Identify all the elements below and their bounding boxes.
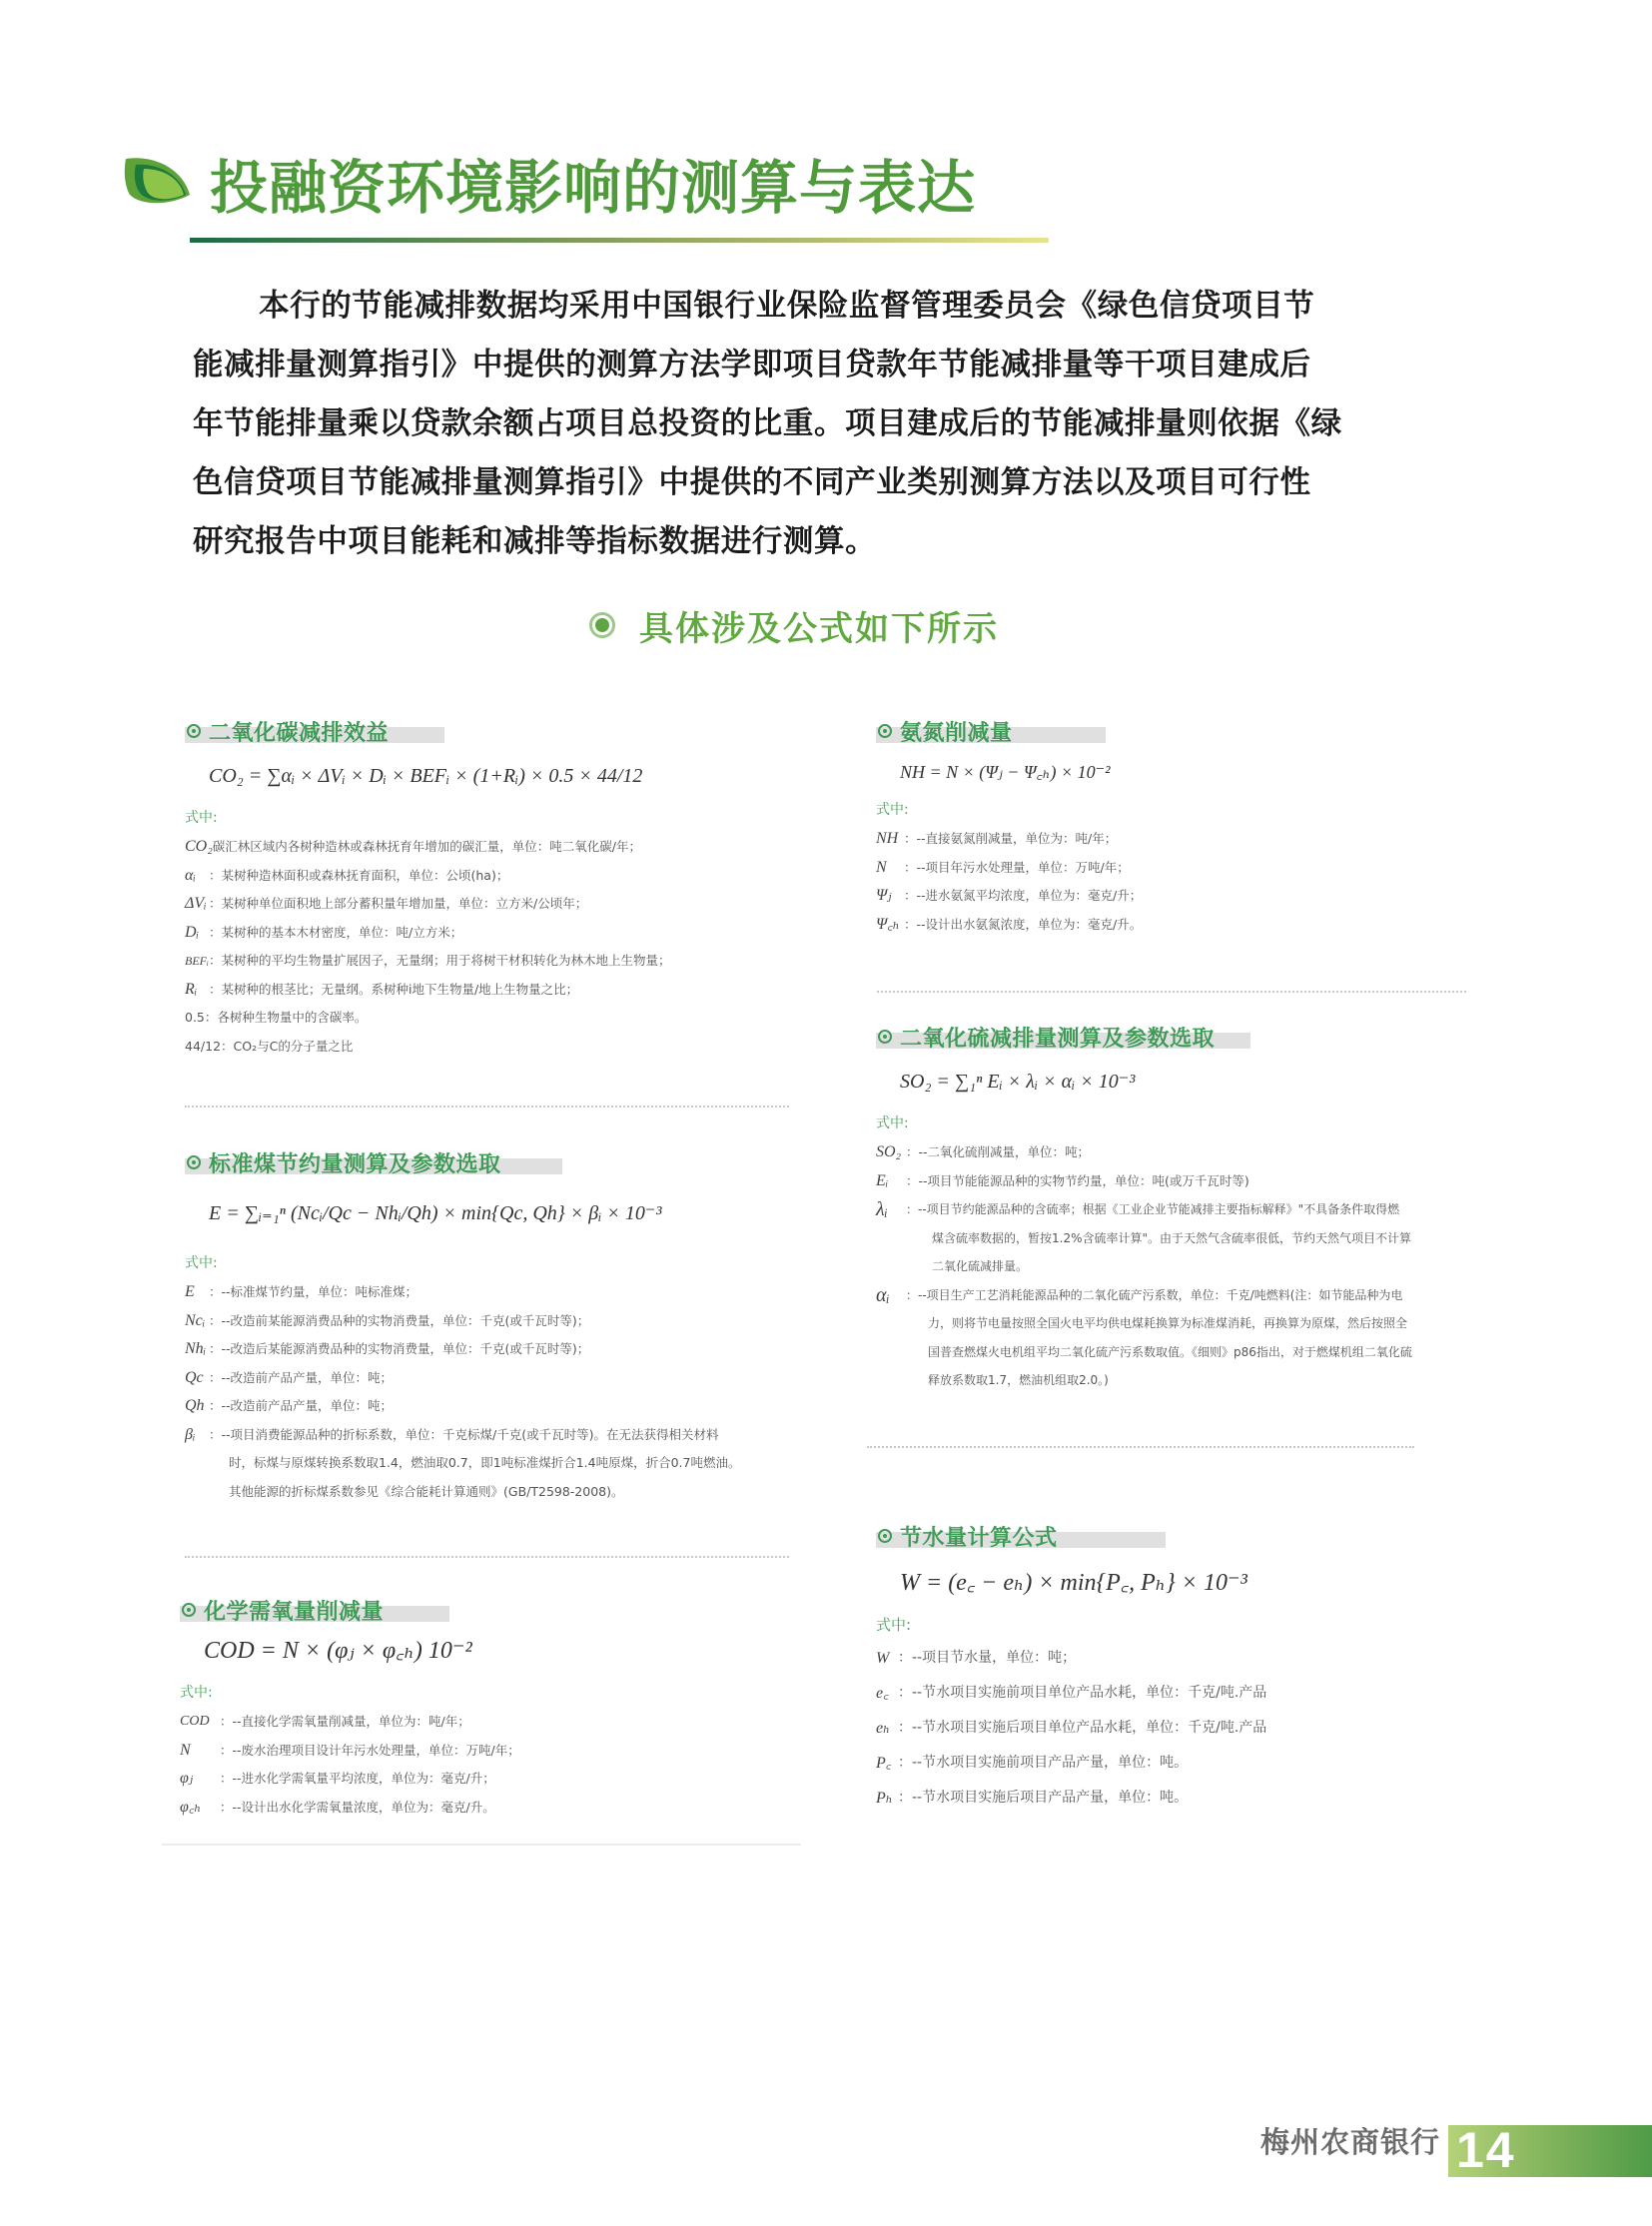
where-label: 式中: <box>180 1682 819 1702</box>
definition-row: Qc：--改造前产品产量，单位：吨； <box>185 1364 824 1393</box>
definition-row: P꜀：--节水项目实施前项目产品产量，单位：吨。 <box>876 1746 1475 1781</box>
intro-paragraph: 本行的节能减排数据均采用中国银行业保险监督管理委员会《绿色信贷项目节 能减排量测… <box>193 277 1461 571</box>
definition-row: SO₂：--二氧化硫削减量，单位：吨； <box>876 1138 1475 1167</box>
standard-coal-block: 标准煤节约量测算及参数选取 E = ∑ᵢ₌₁ⁿ (Ncᵢ/Qc − Nhᵢ/Qh… <box>185 1146 824 1506</box>
definition-row: Pₕ：--节水项目实施后项目产品产量，单位：吨。 <box>876 1781 1475 1816</box>
definition-row: φ꜀ₕ：--设计出水化学需氧量浓度，单位为：毫克/升。 <box>180 1794 819 1823</box>
leaf-icon <box>122 155 192 207</box>
footer-bank-name: 梅州农商银行 <box>1260 2121 1440 2163</box>
ammonia-nitrogen-block: 氨氮削减量 NH = N × (Ψⱼ − Ψ꜀ₕ) × 10⁻² 式中: NH：… <box>876 715 1475 939</box>
definition-row: BEFᵢ：某树种的平均生物量扩展因子，无量纲；用于将树干材积转化为林木地上生物量… <box>185 947 784 976</box>
definition-row: eₕ：--节水项目实施后项目单位产品水耗，单位：千克/吨.产品 <box>876 1711 1475 1746</box>
definition-row: Nhᵢ：--改造后某能源消费品种的实物消费量，单位：千克(或千瓦时等)； <box>185 1335 824 1364</box>
intro-line: 本行的节能减排数据均采用中国银行业保险监督管理委员会《绿色信贷项目节 <box>259 289 1314 324</box>
definition-row: CO₂碳汇林区域内各树种造林或森林抚育年增加的碳汇量，单位：吨二氧化碳/年； <box>185 833 784 862</box>
definition-row: COD：--直接化学需氧量削减量，单位为：吨/年； <box>180 1708 819 1737</box>
definition-row: N：--项目年污水处理量，单位：万吨/年； <box>876 854 1475 883</box>
definition-row: W：--项目节水量，单位：吨； <box>876 1641 1475 1676</box>
water-saving-block: 节水量计算公式 W = (e꜀ − eₕ) × min{P꜀, Pₕ} × 10… <box>876 1520 1475 1816</box>
coal-formula: E = ∑ᵢ₌₁ⁿ (Ncᵢ/Qc − Nhᵢ/Qh) × min{Qc, Qh… <box>209 1196 824 1230</box>
bullet-circle-icon <box>589 612 615 638</box>
definition-continuation: 煤含硫率数据的，暂按1.2%含硫率计算"。由于天然气含硫率很低，节约天然气项目不… <box>876 1224 1475 1253</box>
water-formula: W = (e꜀ − eₕ) × min{P꜀, Pₕ} × 10⁻³ <box>900 1566 1475 1600</box>
section-heading: 氨氮削减量 <box>876 715 1475 747</box>
bullet-target-icon <box>878 724 892 738</box>
bullet-target-icon <box>187 724 201 738</box>
page-title: 投融资环境影响的测算与表达 <box>210 150 976 226</box>
where-label: 式中: <box>876 1614 1475 1635</box>
section-heading: 标准煤节约量测算及参数选取 <box>185 1146 824 1178</box>
definition-row: ΔVᵢ：某树种单位面积地上部分蓄积量年增加量，单位：立方米/公顷年； <box>185 890 784 919</box>
definition-row: Ψ꜀ₕ：--设计出水氨氮浓度，单位为：毫克/升。 <box>876 911 1475 940</box>
bullet-target-icon <box>878 1529 892 1543</box>
definition-row: Qh：--改造前产品产量，单位：吨； <box>185 1392 824 1421</box>
definition-row: Ncᵢ：--改造前某能源消费品种的实物消费量，单位：千克(或千瓦时等)； <box>185 1307 824 1336</box>
dotted-divider <box>185 1556 789 1558</box>
bullet-target-icon <box>182 1603 196 1617</box>
so2-formula: SO₂ = ∑₁ⁿ Eᵢ × λᵢ × αᵢ × 10⁻³ <box>900 1065 1475 1099</box>
section-heading: 二氧化碳减排效益 <box>185 715 784 747</box>
co2-block: 二氧化碳减排效益 CO₂ = ∑αᵢ × ΔVᵢ × Dᵢ × BEFᵢ × (… <box>185 715 784 1061</box>
where-label: 式中: <box>876 1113 1475 1132</box>
title-underline <box>190 238 1049 243</box>
section-heading: 节水量计算公式 <box>876 1520 1475 1552</box>
definition-row: 44/12：CO₂与C的分子量之比 <box>185 1033 784 1062</box>
bullet-target-icon <box>878 1030 892 1044</box>
page-number: 14 <box>1456 2119 1516 2181</box>
formula-subheading: 具体涉及公式如下所示 <box>589 597 999 653</box>
dotted-divider <box>867 1446 1414 1448</box>
definition-row: E：--标准煤节约量，单位：吨标准煤； <box>185 1278 824 1307</box>
definition-row: Dᵢ：某树种的基本木材密度，单位：吨/立方米； <box>185 919 784 948</box>
cod-block: 化学需氧量削减量 COD = N × (φⱼ × φ꜀ₕ) 10⁻² 式中: C… <box>180 1594 819 1822</box>
intro-line: 年节能排量乘以贷款余额占项目总投资的比重。项目建成后的节能减排量则依据《绿 <box>193 394 1461 453</box>
definition-row: NH：--直接氨氮削减量，单位为：吨/年； <box>876 825 1475 854</box>
definition-row: βᵢ：--项目消费能源品种的折标系数，单位：千克标煤/千克(或千瓦时等)。在无法… <box>185 1421 824 1450</box>
definition-row: αᵢ：--项目生产工艺消耗能源品种的二氧化硫产污系数，单位：千克/吨燃料(注：如… <box>876 1281 1475 1310</box>
definition-row: Eᵢ：--项目节能能源品种的实物节约量，单位：吨(或万千瓦时等) <box>876 1167 1475 1196</box>
definition-continuation: 其他能源的折标煤系数参见《综合能耗计算通则》(GB/T2598-2008)。 <box>185 1478 824 1507</box>
definition-row: λᵢ：--项目节约能源品种的含硫率；根据《工业企业节能减排主要指标解释》"不具备… <box>876 1195 1475 1224</box>
sulfur-dioxide-block: 二氧化硫减排量测算及参数选取 SO₂ = ∑₁ⁿ Eᵢ × λᵢ × αᵢ × … <box>876 1021 1475 1395</box>
dotted-divider <box>877 991 1466 993</box>
definition-continuation: 时，标煤与原煤转换系数取1.4，燃油取0.7，即1吨标准煤折合1.4吨原煤，折合… <box>185 1449 824 1478</box>
co2-formula: CO₂ = ∑αᵢ × ΔVᵢ × Dᵢ × BEFᵢ × (1+Rᵢ) × 0… <box>209 759 784 793</box>
definition-row: 0.5：各树种生物量中的含碳率。 <box>185 1004 784 1033</box>
section-heading: 化学需氧量削减量 <box>180 1594 819 1626</box>
intro-line: 色信贷项目节能减排量测算指引》中提供的不同产业类别测算方法以及项目可行性 <box>193 453 1461 512</box>
definition-row: φⱼ：--进水化学需氧量平均浓度，单位为：毫克/升； <box>180 1765 819 1794</box>
definition-continuation: 力，则将节电量按照全国火电平均供电煤耗换算为标准煤消耗，再换算为原煤，然后按照全 <box>876 1309 1475 1338</box>
where-label: 式中: <box>185 1252 824 1272</box>
bottom-divider <box>162 1844 801 1846</box>
definition-row: αᵢ：某树种造林面积或森林抚育面积，单位：公顷(ha)； <box>185 862 784 891</box>
definition-row: e꜀：--节水项目实施前项目单位产品水耗，单位：千克/吨.产品 <box>876 1676 1475 1711</box>
definition-continuation: 二氧化硫减排量。 <box>876 1252 1475 1281</box>
definition-continuation: 释放系数取1.7，燃油机组取2.0。) <box>876 1366 1475 1395</box>
cod-formula: COD = N × (φⱼ × φ꜀ₕ) 10⁻² <box>204 1634 819 1668</box>
definition-row: Rᵢ：某树种的根茎比；无量纲。系树种i地下生物量/地上生物量之比； <box>185 976 784 1005</box>
bullet-target-icon <box>187 1155 201 1169</box>
nh-formula: NH = N × (Ψⱼ − Ψ꜀ₕ) × 10⁻² <box>900 755 1475 789</box>
intro-line: 能减排量测算指引》中提供的测算方法学即项目贷款年节能减排量等干项目建成后 <box>193 336 1461 394</box>
intro-line: 研究报告中项目能耗和减排等指标数据进行测算。 <box>193 512 1461 571</box>
dotted-divider <box>185 1106 789 1108</box>
definition-row: N：--废水治理项目设计年污水处理量，单位：万吨/年； <box>180 1737 819 1766</box>
definition-row: Ψⱼ：--进水氨氮平均浓度，单位为：毫克/升； <box>876 882 1475 911</box>
section-heading: 二氧化硫减排量测算及参数选取 <box>876 1021 1475 1053</box>
where-label: 式中: <box>185 807 784 827</box>
definition-continuation: 国普查燃煤火电机组平均二氧化硫产污系数取值。《细则》p86指出，对于燃煤机组二氧… <box>876 1338 1475 1367</box>
where-label: 式中: <box>876 799 1475 819</box>
